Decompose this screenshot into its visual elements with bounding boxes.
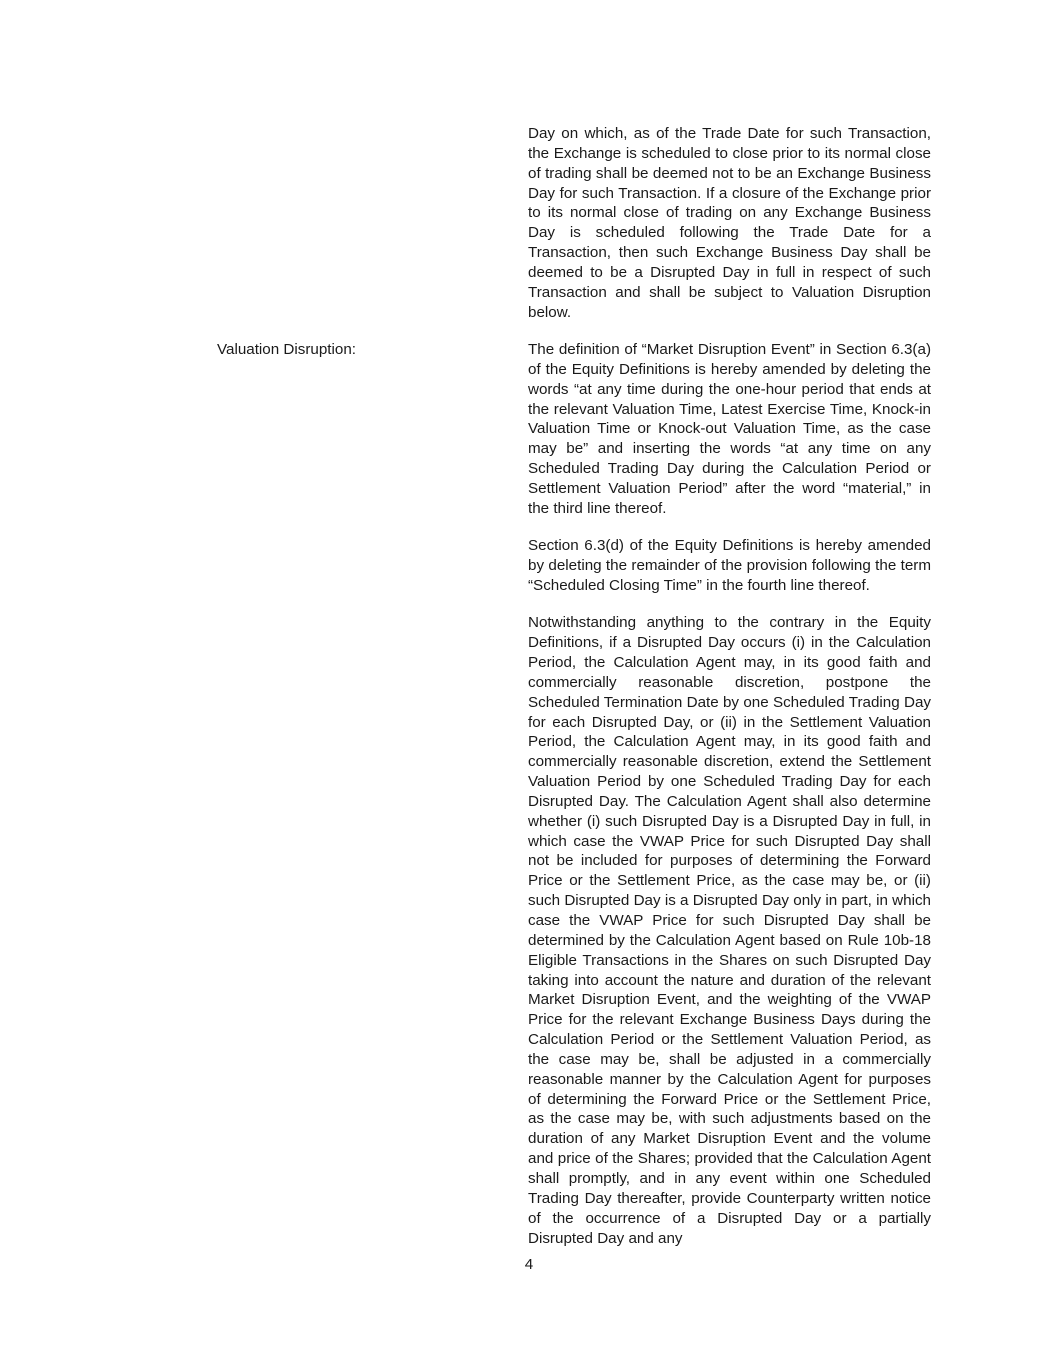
body-column: Day on which, as of the Trade Date for s… — [528, 124, 931, 1266]
paragraph-disrupted-day-provisions: Notwithstanding anything to the contrary… — [528, 613, 931, 1248]
paragraph-market-disruption-event-definition: The definition of “Market Disruption Eve… — [528, 340, 931, 519]
section-label-valuation-disruption: Valuation Disruption: — [217, 340, 477, 360]
continued-paragraph-exchange-business-day: Day on which, as of the Trade Date for s… — [528, 124, 931, 322]
page-number: 4 — [523, 1255, 535, 1275]
paragraph-section-6-3-d-amendment: Section 6.3(d) of the Equity Definitions… — [528, 536, 931, 596]
document-page: Valuation Disruption: Day on which, as o… — [0, 0, 1055, 1365]
